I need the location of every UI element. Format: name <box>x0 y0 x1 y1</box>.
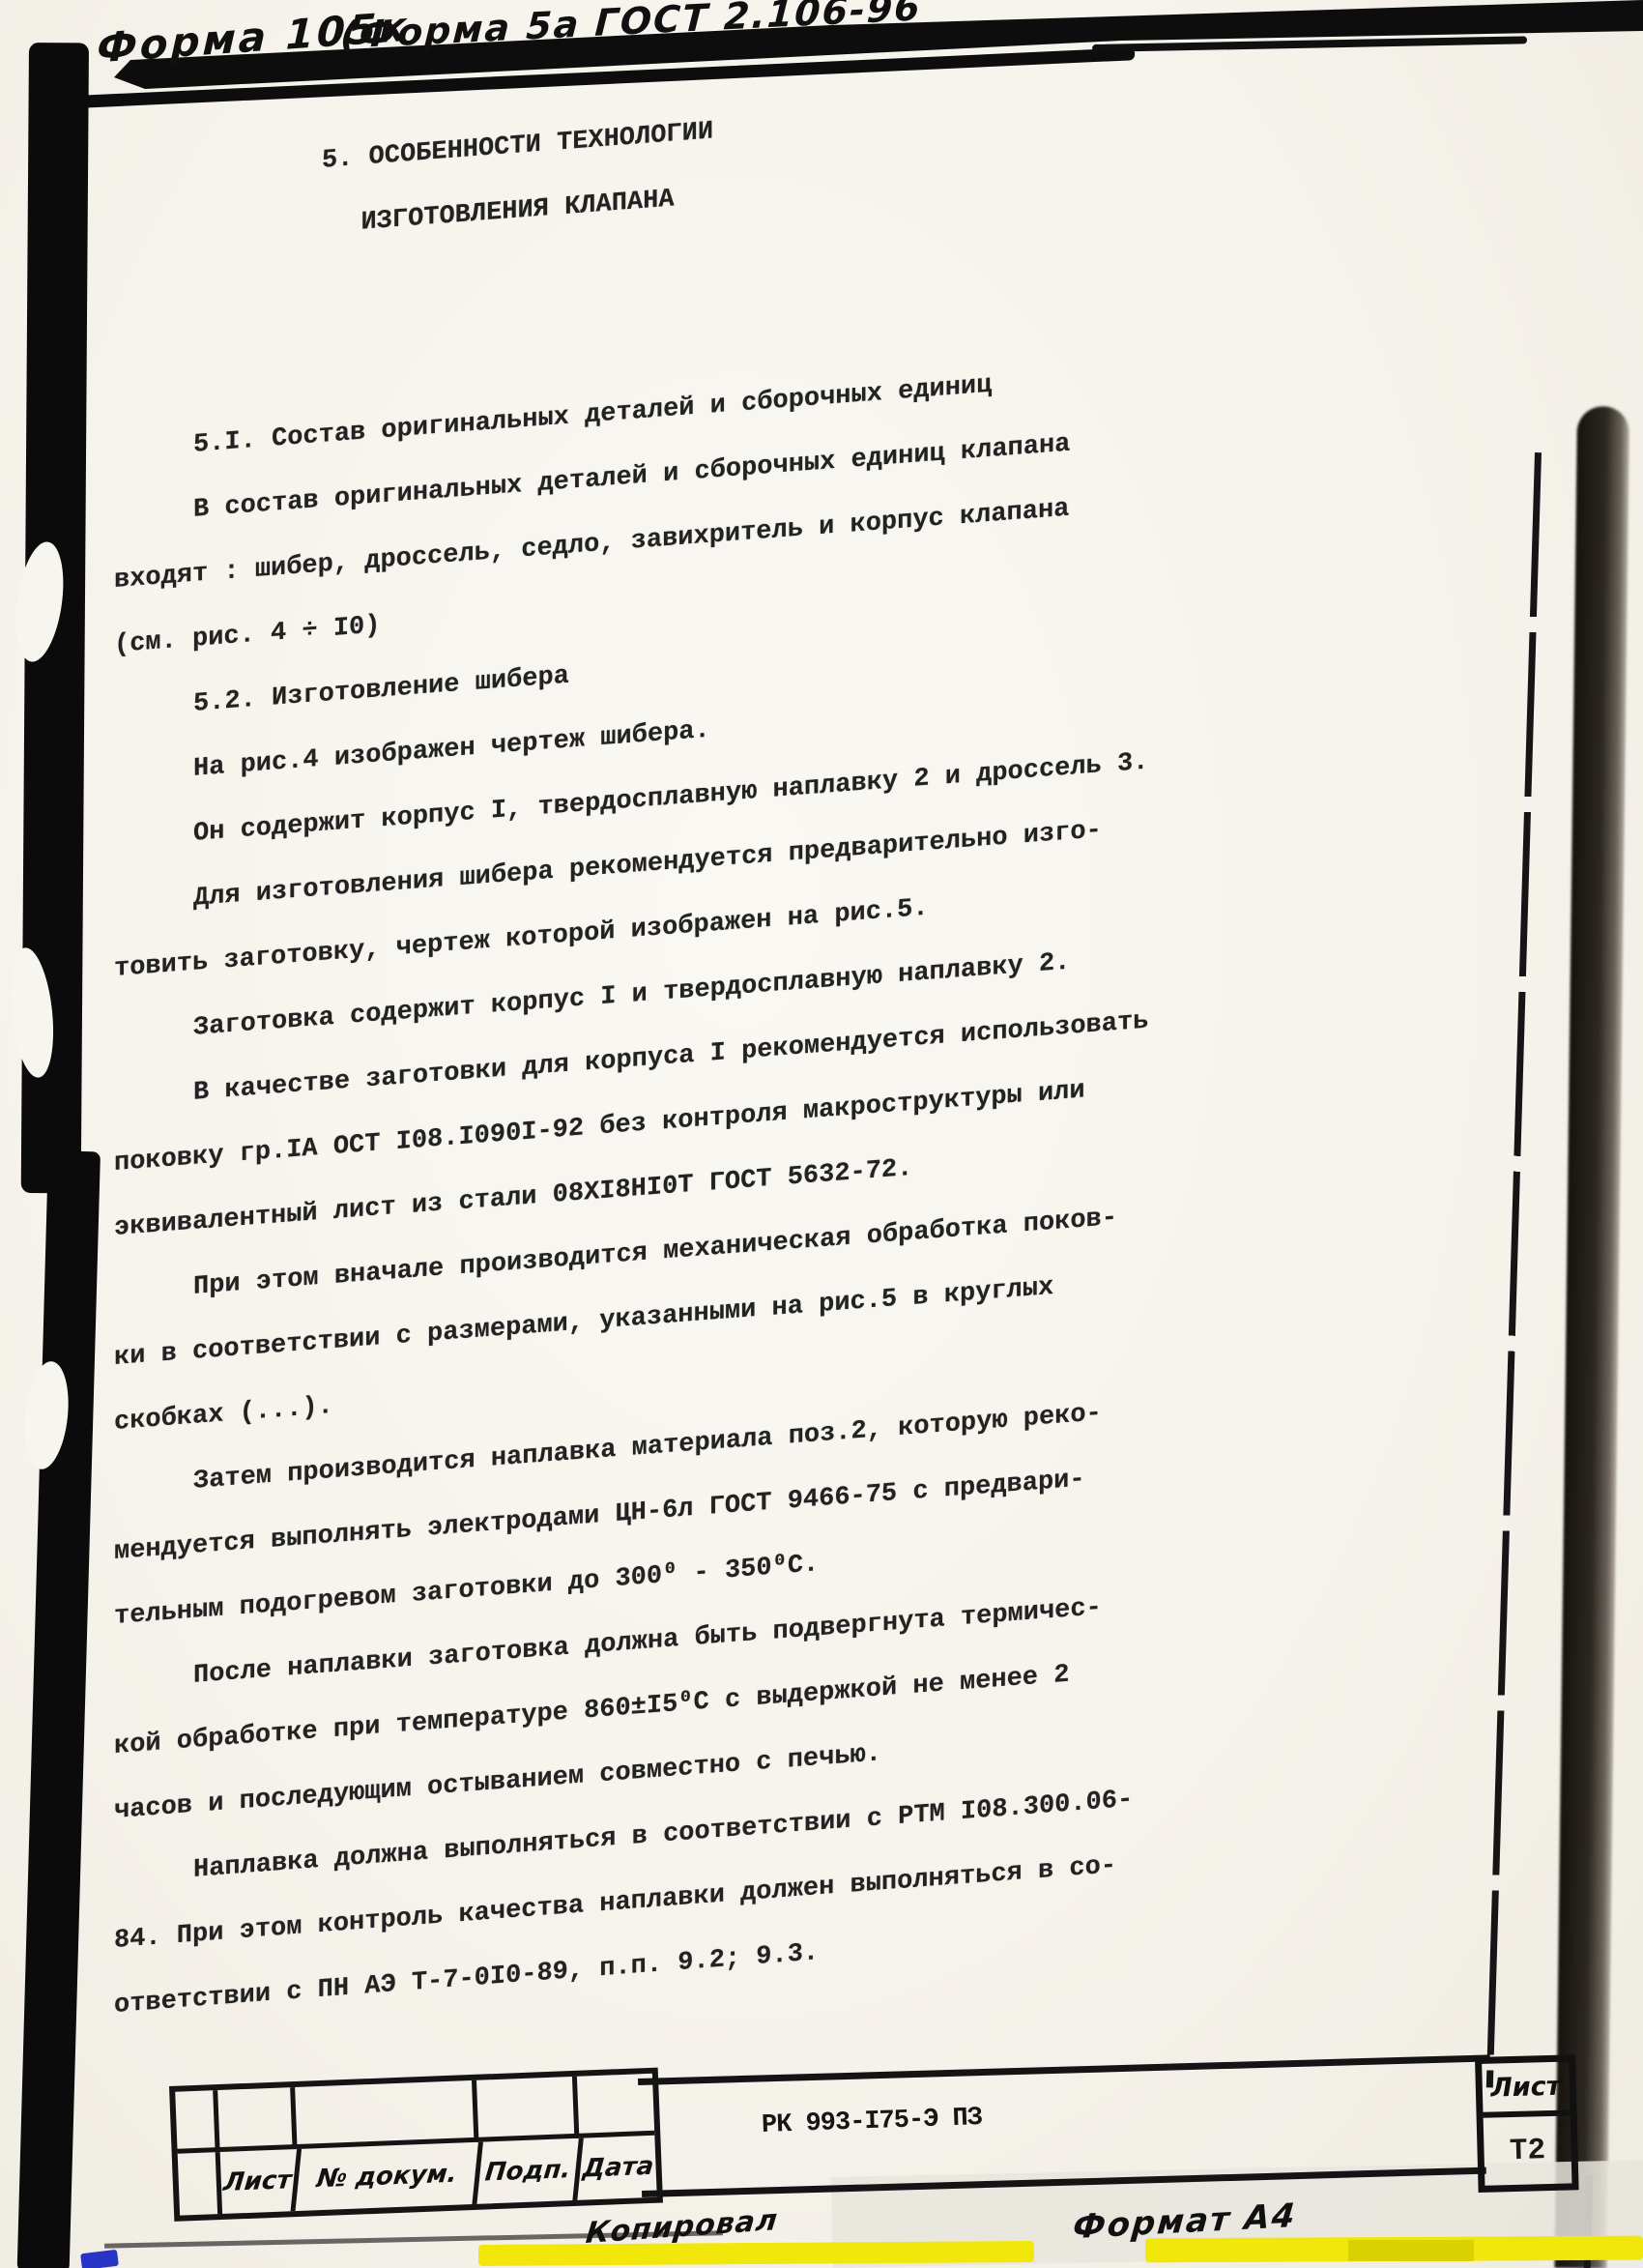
scanned-document-page: Форма 105к (Форма 5а ГОСТ 2.106-96 5. ОС… <box>0 0 1643 2268</box>
title-block-cell <box>476 2077 579 2142</box>
sheet-number-box: Лист Т2 <box>1475 2054 1579 2193</box>
sheet-box-value: Т2 <box>1484 2115 1572 2185</box>
title-block-top-rule <box>638 2054 1490 2085</box>
page-frame-right-line <box>1486 452 1542 2087</box>
scan-artifact-left-bar-lower <box>17 1150 101 2268</box>
document-number: РК 993-I75-Э ПЗ <box>762 2104 983 2140</box>
title-block-cell <box>295 2080 478 2149</box>
sheet-box-label: Лист <box>1482 2061 1570 2117</box>
title-block-grid: Лист№ докум.Подп.Дата <box>169 2068 663 2222</box>
title-block-cell <box>175 2090 219 2154</box>
highlighter-mark-yellow-dark <box>1348 2240 1474 2261</box>
title-block-cell <box>178 2152 222 2216</box>
pen-mark-blue <box>80 2250 119 2268</box>
scan-artifact-right-edge-shadow <box>1554 406 1629 2268</box>
title-block-column-label: № докум. <box>296 2142 483 2212</box>
title-block-column-label: Лист <box>218 2149 302 2214</box>
title-block-cell <box>217 2087 297 2152</box>
text-lines: 5. ОСОБЕННОСТИ ТЕХНОЛОГИИИЗГОТОВЛЕНИЯ КЛ… <box>114 67 1153 2039</box>
title-block-column-label: Подп. <box>476 2138 583 2204</box>
highlighter-mark-yellow <box>478 2241 1034 2266</box>
